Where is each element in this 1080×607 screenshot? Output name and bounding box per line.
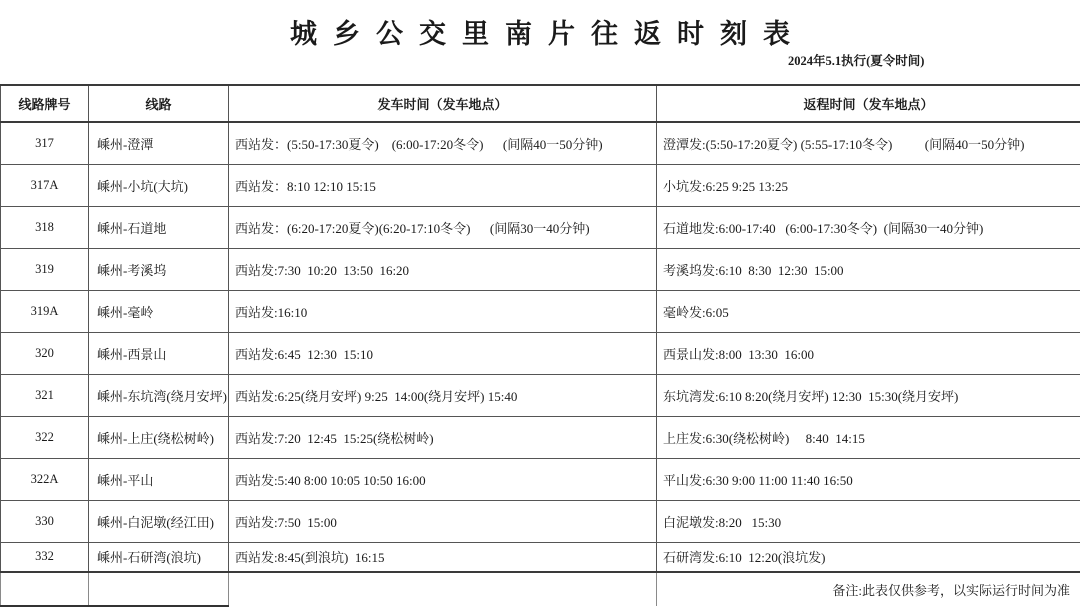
departure-times-cell: 西站发:7:20 12:45 15:25(绕松树岭) [229,416,657,458]
table-row: 330 嵊州-白泥墩(经江田) 西站发:7:50 15:00 白泥墩发:8:20… [1,500,1080,542]
table-row: 317A 嵊州-小坑(大坑) 西站发：8:10 12:10 15:15 小坑发:… [1,164,1080,206]
return-times-cell: 西景山发:8:00 13:30 16:00 [657,332,1080,374]
route-number-cell: 320 [1,332,89,374]
return-times-cell: 石道地发:6:00-17:40 (6:00-17:30冬令) (间隔30一40分… [657,206,1080,248]
table-row: 322A 嵊州-平山 西站发:5:40 8:00 10:05 10:50 16:… [1,458,1080,500]
route-name-cell: 嵊州-石道地 [89,206,229,248]
route-number-cell: 319 [1,248,89,290]
route-name-cell: 嵊州-小坑(大坑) [89,164,229,206]
table-row: 318 嵊州-石道地 西站发：(6:20-17:20夏令)(6:20-17:10… [1,206,1080,248]
departure-times-cell: 西站发:16:10 [229,290,657,332]
route-name-cell: 嵊州-毫岭 [89,290,229,332]
header-departure-times: 发车时间（发车地点） [229,85,657,122]
route-number-cell: 332 [1,542,89,572]
table-row: 320 嵊州-西景山 西站发:6:45 12:30 15:10 西景山发:8:0… [1,332,1080,374]
empty-cell [89,572,229,606]
route-name-cell: 嵊州-西景山 [89,332,229,374]
departure-times-cell: 西站发:6:25(绕月安坪) 9:25 14:00(绕月安坪) 15:40 [229,374,657,416]
return-times-cell: 毫岭发:6:05 [657,290,1080,332]
table-row: 319A 嵊州-毫岭 西站发:16:10 毫岭发:6:05 [1,290,1080,332]
return-times-cell: 东坑湾发:6:10 8:20(绕月安坪) 12:30 15:30(绕月安坪) [657,374,1080,416]
return-times-cell: 平山发:6:30 9:00 11:00 11:40 16:50 [657,458,1080,500]
route-number-cell: 321 [1,374,89,416]
table-row: 319 嵊州-考溪坞 西站发:7:30 10:20 13:50 16:20 考溪… [1,248,1080,290]
return-times-cell: 小坑发:6:25 9:25 13:25 [657,164,1080,206]
table-row: 332 嵊州-石研湾(浪坑) 西站发:8:45(到浪坑) 16:15 石研湾发:… [1,542,1080,572]
table-row: 322 嵊州-上庄(绕松树岭) 西站发:7:20 12:45 15:25(绕松树… [1,416,1080,458]
route-name-cell: 嵊州-石研湾(浪坑) [89,542,229,572]
empty-trailing-row: 备注:此表仅供参考，以实际运行时间为准 [1,572,1080,606]
route-number-cell: 322A [1,458,89,500]
return-times-cell: 上庄发:6:30(绕松树岭) 8:40 14:15 [657,416,1080,458]
route-number-cell: 318 [1,206,89,248]
route-number-cell: 317A [1,164,89,206]
route-name-cell: 嵊州-白泥墩(经江田) [89,500,229,542]
departure-times-cell: 西站发:7:30 10:20 13:50 16:20 [229,248,657,290]
return-times-cell: 考溪坞发:6:10 8:30 12:30 15:00 [657,248,1080,290]
empty-cell [229,572,657,606]
header-return-times: 返程时间（发车地点） [657,85,1080,122]
page-title: 城乡公交里南片往返时刻表 [0,0,1080,48]
route-number-cell: 322 [1,416,89,458]
departure-times-cell: 西站发：8:10 12:10 15:15 [229,164,657,206]
disclaimer-note: 备注:此表仅供参考，以实际运行时间为准 [657,572,1080,606]
route-name-cell: 嵊州-东坑湾(绕月安坪) [89,374,229,416]
return-times-cell: 澄潭发:(5:50-17:20夏令) (5:55-17:10冬令) (间隔40一… [657,122,1080,164]
table-row: 321 嵊州-东坑湾(绕月安坪) 西站发:6:25(绕月安坪) 9:25 14:… [1,374,1080,416]
route-number-cell: 319A [1,290,89,332]
return-times-cell: 白泥墩发:8:20 15:30 [657,500,1080,542]
header-route-number: 线路牌号 [1,85,89,122]
return-times-cell: 石研湾发:6:10 12:20(浪坑发) [657,542,1080,572]
departure-times-cell: 西站发:6:45 12:30 15:10 [229,332,657,374]
route-name-cell: 嵊州-上庄(绕松树岭) [89,416,229,458]
effective-date-note: 2024年5.1执行(夏令时间) [788,51,924,69]
route-number-cell: 317 [1,122,89,164]
empty-cell [1,572,89,606]
departure-times-cell: 西站发:8:45(到浪坑) 16:15 [229,542,657,572]
departure-times-cell: 西站发：(5:50-17:30夏令) (6:00-17:20冬令) (间隔40一… [229,122,657,164]
bus-timetable: 线路牌号 线路 发车时间（发车地点） 返程时间（发车地点） 317 嵊州-澄潭 … [0,84,1080,607]
route-number-cell: 330 [1,500,89,542]
route-name-cell: 嵊州-澄潭 [89,122,229,164]
header-row: 线路牌号 线路 发车时间（发车地点） 返程时间（发车地点） [1,85,1080,122]
header-route: 线路 [89,85,229,122]
departure-times-cell: 西站发:5:40 8:00 10:05 10:50 16:00 [229,458,657,500]
departure-times-cell: 西站发:7:50 15:00 [229,500,657,542]
table-row: 317 嵊州-澄潭 西站发：(5:50-17:30夏令) (6:00-17:20… [1,122,1080,164]
departure-times-cell: 西站发：(6:20-17:20夏令)(6:20-17:10冬令) (间隔30一4… [229,206,657,248]
route-name-cell: 嵊州-考溪坞 [89,248,229,290]
route-name-cell: 嵊州-平山 [89,458,229,500]
